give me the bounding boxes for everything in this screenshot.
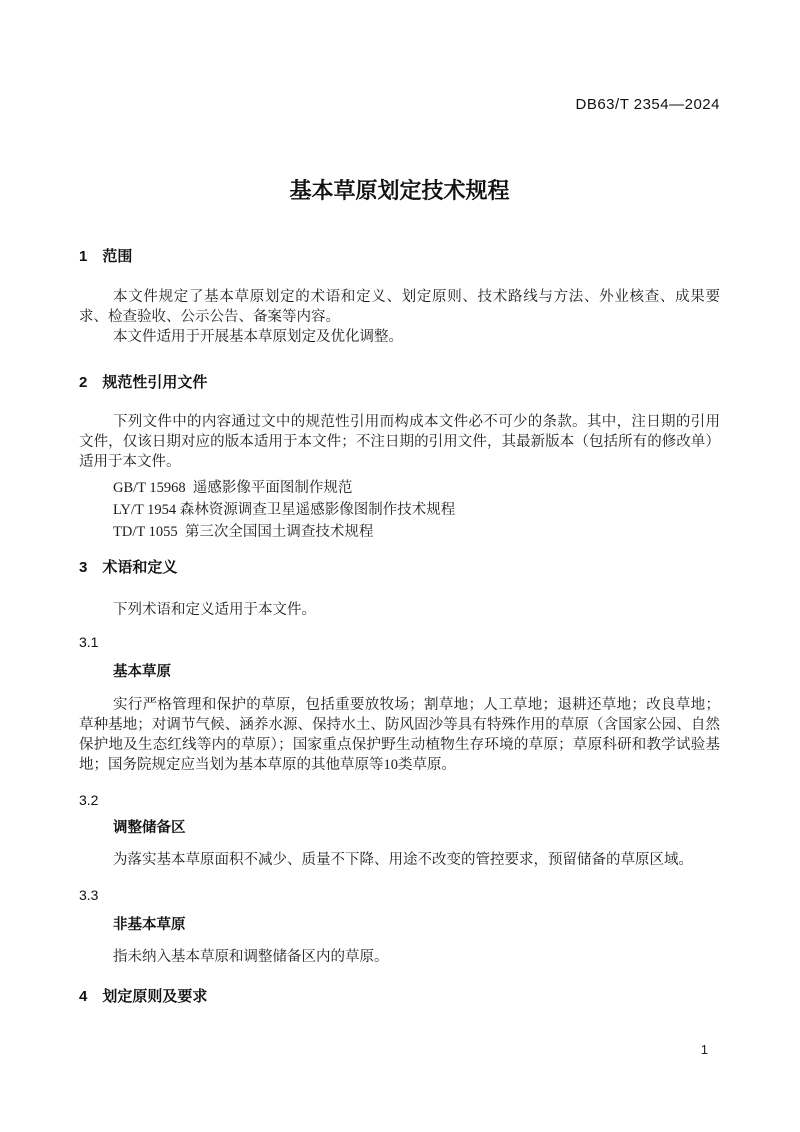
- reference-item: GB/T 15968 遥感影像平面图制作规范: [79, 477, 720, 499]
- paragraph: 下列文件中的内容通过文中的规范性引用而构成本文件必不可少的条款。其中，注日期的引…: [79, 412, 720, 472]
- section-number: 3: [79, 558, 87, 578]
- term-number-3-3: 3.3: [79, 885, 720, 905]
- reference-item: TD/T 1055 第三次全国国土调查技术规程: [79, 521, 720, 543]
- section-heading-2: 2规范性引用文件: [79, 373, 720, 393]
- term-name: 调整储备区: [79, 818, 720, 838]
- term-number-3-2: 3.2: [79, 790, 720, 810]
- paragraph: 下列术语和定义适用于本文件。: [79, 600, 720, 620]
- paragraph: 本文件适用于开展基本草原划定及优化调整。: [79, 327, 720, 347]
- section-title: 范围: [102, 248, 132, 265]
- term-definition: 实行严格管理和保护的草原，包括重要放牧场；割草地；人工草地；退耕还草地；改良草地…: [79, 695, 720, 775]
- term-name: 基本草原: [79, 662, 720, 682]
- reference-item: LY/T 1954 森林资源调查卫星遥感影像图制作技术规程: [79, 499, 720, 521]
- document-title: 基本草原划定技术规程: [79, 176, 720, 206]
- term-number-3-1: 3.1: [79, 632, 720, 652]
- document-page: DB63/T 2354—2024 基本草原划定技术规程 1范围 本文件规定了基本…: [0, 0, 800, 1132]
- term-name: 非基本草原: [79, 915, 720, 935]
- section-title: 规范性引用文件: [102, 374, 207, 391]
- normative-references-list: GB/T 15968 遥感影像平面图制作规范 LY/T 1954 森林资源调查卫…: [79, 477, 720, 543]
- standard-code: DB63/T 2354—2024: [79, 96, 720, 114]
- term-definition: 为落实基本草原面积不减少、质量不下降、用途不改变的管控要求，预留储备的草原区域。: [79, 850, 720, 870]
- section-title: 术语和定义: [102, 559, 177, 576]
- section-heading-3: 3术语和定义: [79, 558, 720, 578]
- section-number: 2: [79, 373, 87, 393]
- section-number: 4: [79, 987, 87, 1007]
- section-title: 划定原则及要求: [102, 988, 207, 1005]
- page-number: 1: [79, 1042, 720, 1058]
- section-heading-4: 4划定原则及要求: [79, 987, 720, 1007]
- term-definition: 指未纳入基本草原和调整储备区内的草原。: [79, 947, 720, 967]
- paragraph: 本文件规定了基本草原划定的术语和定义、划定原则、技术路线与方法、外业核查、成果要…: [79, 287, 720, 327]
- section-number: 1: [79, 247, 87, 267]
- section-heading-1: 1范围: [79, 247, 720, 267]
